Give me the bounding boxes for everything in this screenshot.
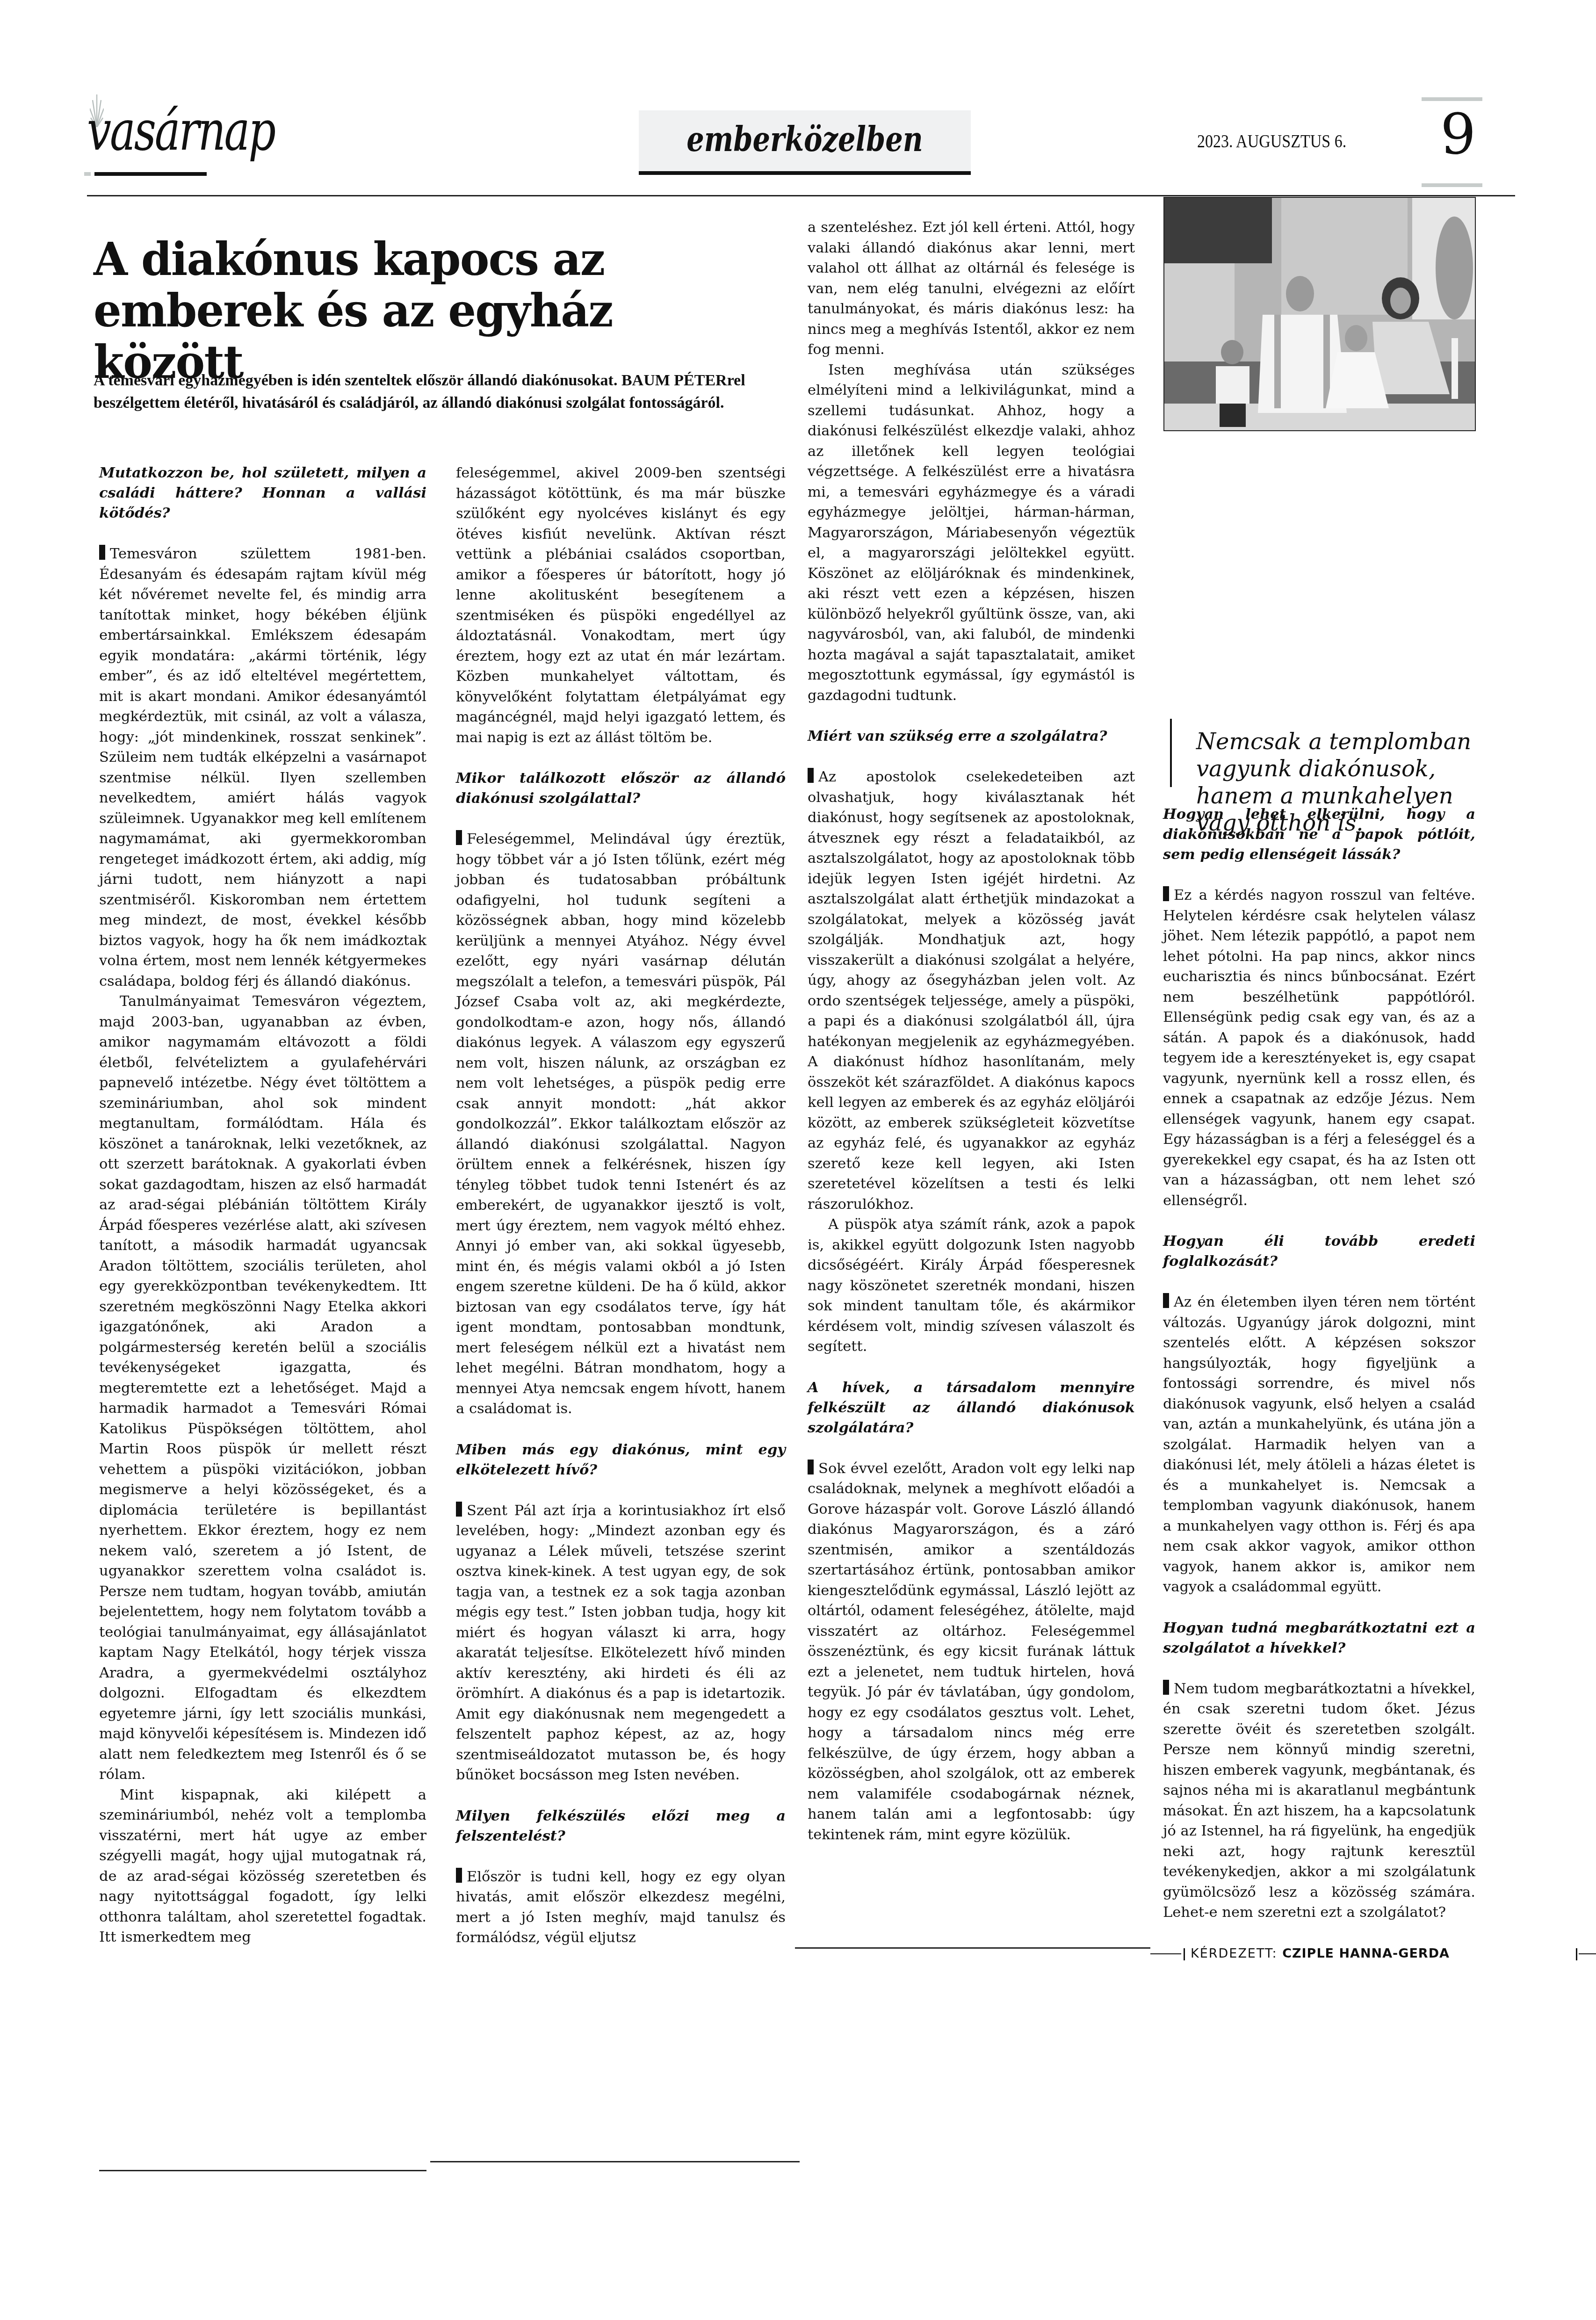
byline-bar-left (1184, 1948, 1185, 1960)
masthead: vasárnap emberközelben 2023. AUGUSZTUS 6… (0, 0, 1596, 196)
question: Hogyan lehet elkerülni, hogy a diakónuso… (1163, 804, 1475, 865)
byline-author: CZIPLE HANNA-GERDA (1282, 1946, 1450, 1961)
answer-marker-icon (808, 1460, 814, 1474)
column-rule (430, 2161, 800, 2162)
question: Mutatkozzon be, hol született, milyen a … (99, 463, 426, 523)
answer: Sok évvel ezelőtt, Aradon volt egy lelki… (808, 1459, 1135, 1845)
byline: KÉRDEZETT: CZIPLE HANNA-GERDA (1150, 1945, 1515, 1964)
column-1: Mutatkozzon be, hol született, milyen a … (99, 463, 426, 1948)
answer: Az apostolok cselekedeteiben azt olvasha… (808, 767, 1135, 1214)
logo-accent-bar (84, 172, 91, 176)
column-4: Hogyan lehet elkerülni, hogy a diakónuso… (1163, 804, 1475, 1923)
article-lead: A temesvári egyházmegyében is idén szent… (94, 369, 804, 414)
column-2: feleségemmel, akivel 2009-ben szentségi … (456, 463, 786, 1948)
question: Miért van szükség erre a szolgálatra? (808, 726, 1135, 746)
column-3: a szenteléshez. Ezt jól kell érteni. Att… (808, 217, 1135, 1845)
column-rule (795, 1947, 1150, 1949)
section-header: emberközelben (639, 110, 971, 175)
lead-text: A temesvári egyházmegyében is idén szent… (94, 372, 621, 389)
newspaper-logo: vasárnap (87, 94, 218, 182)
question: Mikor találkozott először az állandó dia… (456, 768, 786, 809)
answer-paragraph: Isten meghívása után szükséges elmélyíte… (808, 360, 1135, 706)
pull-quote: Nemcsak a templomban vagyunk diakónusok,… (1170, 719, 1495, 787)
family-photo (1163, 197, 1476, 431)
question: Hogyan tudná megbarátkoztatni ezt a szol… (1163, 1618, 1475, 1658)
answer-paragraph: A püspök atya számít ránk, azok a papok … (808, 1214, 1135, 1357)
question: Milyen felkészülés előzi meg a felszente… (456, 1806, 786, 1846)
logo-underline (94, 172, 207, 176)
page-number: 9 (1440, 107, 1476, 163)
answer-marker-icon (1163, 886, 1169, 901)
answer-paragraph: Mint kispapnak, aki kilépett a szeminári… (99, 1785, 426, 1948)
issue-date: 2023. AUGUSZTUS 6. (1197, 130, 1346, 152)
byline-rule-right (1579, 1953, 1596, 1954)
answer: Szent Pál azt írja a korintusiakhoz írt … (456, 1501, 786, 1785)
answer-marker-icon (808, 768, 814, 783)
section-label: emberközelben (669, 123, 941, 156)
answer-marker-icon (456, 1502, 462, 1517)
byline-rule-left (1150, 1953, 1181, 1954)
column-rule (99, 2170, 426, 2171)
answer-marker-icon (99, 545, 105, 560)
article-headline: A diakónus kapocs az emberek és az egyhá… (94, 234, 767, 388)
answer: Az én életemben ilyen téren nem történt … (1163, 1292, 1475, 1597)
answer-continued: feleségemmel, akivel 2009-ben szentségi … (456, 463, 786, 748)
answer-paragraph: Tanulmányaimat Temesváron végeztem, majd… (99, 991, 426, 1785)
byline-label: KÉRDEZETT: (1191, 1946, 1278, 1961)
answer-marker-icon (456, 830, 462, 845)
photo-image (1164, 198, 1475, 430)
question: Miben más egy diakónus, mint egy elkötel… (456, 1440, 786, 1480)
header-rule (87, 195, 1515, 196)
answer: Feleségemmel, Melindával úgy éreztük, ho… (456, 829, 786, 1419)
answer-marker-icon (1163, 1293, 1169, 1308)
logo-text: vasárnap (87, 103, 274, 158)
question: Hogyan éli tovább eredeti foglalkozását? (1163, 1231, 1475, 1272)
answer-marker-icon (1163, 1680, 1169, 1695)
answer: Temesváron születtem 1981-ben. Édesanyám… (99, 544, 426, 991)
answer: Ez a kérdés nagyon rosszul van feltéve. … (1163, 885, 1475, 1211)
interviewee-name: BAUM PÉTER (621, 372, 727, 389)
answer: Először is tudni kell, hogy ez egy olyan… (456, 1867, 786, 1948)
byline-bar-right (1576, 1948, 1577, 1960)
answer: Nem tudom megbarátkoztatni a hívekkel, é… (1163, 1679, 1475, 1923)
byline-text: KÉRDEZETT: CZIPLE HANNA-GERDA (1191, 1946, 1450, 1961)
answer-continued: a szenteléshez. Ezt jól kell érteni. Att… (808, 217, 1135, 360)
question: A hívek, a társadalom mennyire felkészül… (808, 1378, 1135, 1438)
answer-marker-icon (456, 1868, 462, 1883)
page-number-box: 9 (1422, 97, 1482, 187)
